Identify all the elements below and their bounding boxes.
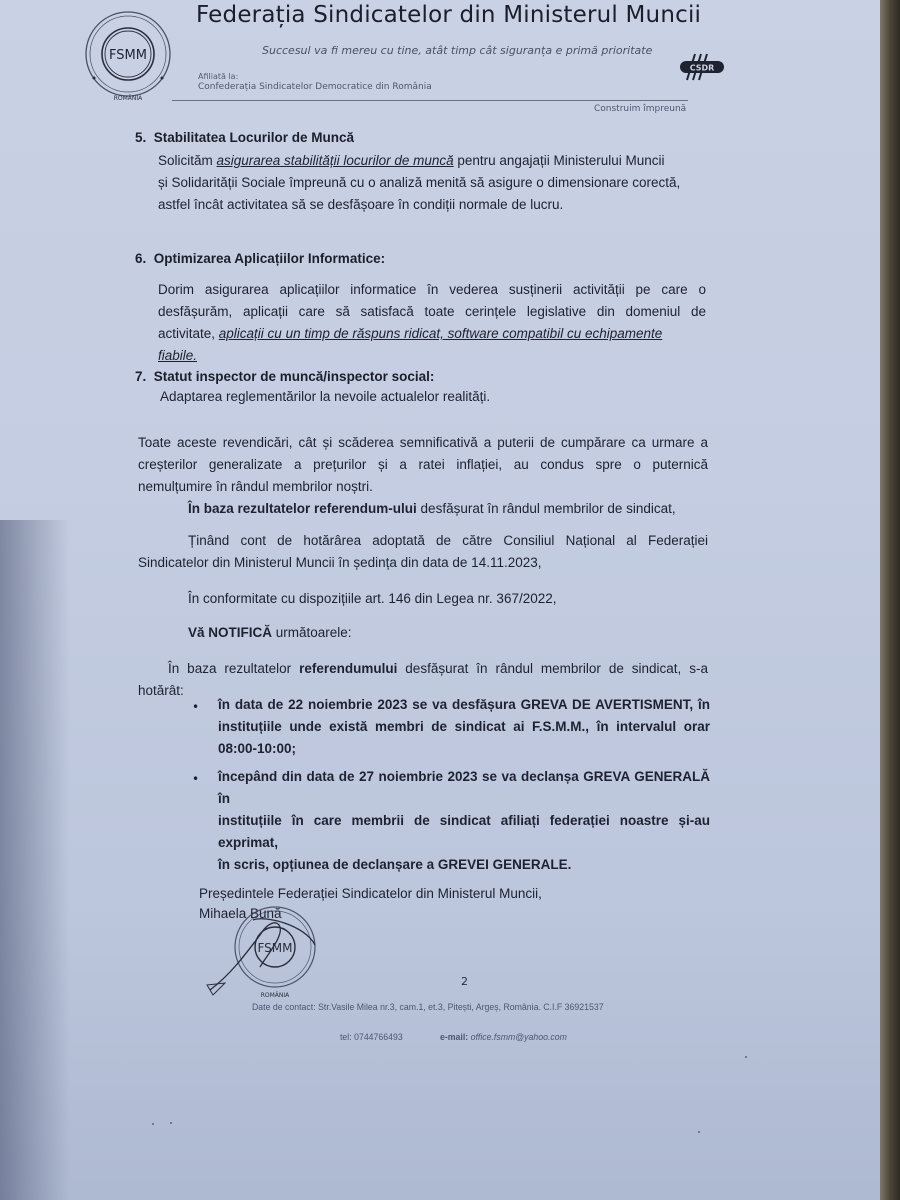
council-paragraph: Ținând cont de hotărârea adoptată de căt… (138, 530, 708, 574)
document-page: FSMM ROMÂNIA Federația Sindicatelor din … (0, 0, 880, 1200)
text-line: Dorim asigurarea aplicațiilor informatic… (158, 279, 706, 301)
section-title: Statut inspector de muncă/inspector soci… (154, 369, 435, 384)
text: pentru angajații Ministerului Muncii (454, 153, 665, 168)
organization-motto: Succesul va fi mereu cu tine, atât timp … (262, 44, 652, 57)
text-line: În baza rezultatelor referendumului desf… (138, 658, 708, 680)
law-line: În conformitate cu dispozițiile art. 146… (188, 588, 557, 610)
text-line: Solicităm asigurarea stabilității locuri… (158, 150, 706, 172)
svg-text:ROMÂNIA: ROMÂNIA (114, 95, 143, 102)
text-line: începând din data de 27 noiembrie 2023 s… (218, 766, 710, 810)
section-number: 7. (135, 369, 146, 384)
tel-value: 0744766493 (354, 1032, 403, 1043)
text-line: desfășurăm, aplicații care să satisfacă … (158, 301, 706, 323)
contact-email: e-mail: office.fsmm@yahoo.com (440, 1032, 567, 1043)
text: desfășurat în rândul membrilor de sindic… (397, 661, 708, 676)
text-line: creșterilor generalizate a prețurilor și… (138, 454, 708, 476)
text-line: și Solidarității Sociale împreună cu o a… (158, 172, 706, 194)
speck (698, 1131, 700, 1133)
notify-bold: Vă NOTIFICĂ (188, 625, 272, 640)
referendum-bold: În baza rezultatelor referendum-ului (188, 501, 417, 516)
text-line: nemulțumire în rândul membrilor noștri. (138, 476, 708, 498)
section-number: 5. (135, 130, 146, 145)
contact-address: Date de contact: Str.Vasile Milea nr.3, … (252, 1002, 604, 1013)
text-line: Toate aceste revendicări, cât și scădere… (138, 432, 708, 454)
emphasis: fiabile. (158, 348, 197, 363)
organization-title: Federația Sindicatelor din Ministerul Mu… (196, 2, 701, 28)
grievance-paragraph: Toate aceste revendicări, cât și scădere… (138, 432, 708, 498)
stamp-icon: FSMM ROMÂNIA (205, 905, 335, 1000)
text-line: astfel încât activitatea să se desfășoar… (158, 194, 706, 216)
text-line: Ținând cont de hotărârea adoptată de căt… (138, 530, 708, 552)
svg-text:ROMÂNIA: ROMÂNIA (261, 992, 290, 999)
svg-text:FSMM: FSMM (109, 48, 147, 63)
text-line: instituțiile în care membrii de sindicat… (218, 810, 710, 854)
emphasis: aplicații cu un timp de răspuns ridicat,… (219, 326, 662, 341)
email-label: e-mail: (440, 1032, 468, 1043)
svg-text:CSDR: CSDR (690, 64, 715, 73)
speck (170, 1122, 172, 1124)
tagline: Construim împreună (594, 104, 686, 114)
fsmm-logo-icon: FSMM ROMÂNIA (80, 8, 176, 104)
emphasis: referendumului (299, 661, 397, 676)
bullet-item-warning-strike: în data de 22 noiembrie 2023 se va desfă… (218, 694, 710, 760)
text-line: Adaptarea reglementărilor la nevoile act… (160, 386, 708, 408)
affiliation-label: Afiliată la: (198, 72, 238, 81)
affiliation-name: Confederația Sindicatelor Democratice di… (198, 82, 432, 92)
speck (152, 1123, 154, 1125)
text-line: în data de 22 noiembrie 2023 se va desfă… (218, 694, 710, 716)
bullet-icon: • (192, 700, 199, 714)
section-6-body: Dorim asigurarea aplicațiilor informatic… (158, 279, 706, 367)
csdr-logo-icon: CSDR (677, 50, 729, 84)
referendum-rest: desfășurat în rândul membrilor de sindic… (417, 501, 676, 516)
speck (745, 1056, 747, 1058)
section-6-heading: 6. Optimizarea Aplicațiilor Informatice: (135, 251, 385, 266)
text: Solicităm (158, 153, 217, 168)
text: În baza rezultatelor (168, 661, 299, 676)
page-number: 2 (461, 975, 468, 988)
text-line: activitate, aplicații cu un timp de răsp… (158, 323, 706, 345)
signatory-role: Președintele Federației Sindicatelor din… (199, 883, 542, 905)
background-surface (880, 0, 900, 1200)
emphasis: asigurarea stabilității locurilor de mun… (217, 153, 454, 168)
text-line: 08:00-10:00; (218, 738, 710, 760)
notify-rest: următoarele: (272, 625, 352, 640)
section-number: 6. (135, 251, 146, 266)
photo-shadow (0, 520, 70, 1200)
tel-label: tel: (340, 1032, 352, 1043)
notify-line: Vă NOTIFICĂ următoarele: (188, 622, 352, 644)
referendum-line: În baza rezultatelor referendum-ului des… (188, 498, 676, 520)
section-7-heading: 7. Statut inspector de muncă/inspector s… (135, 369, 434, 384)
section-title: Stabilitatea Locurilor de Muncă (154, 130, 354, 145)
section-title: Optimizarea Aplicațiilor Informatice: (154, 251, 385, 266)
email-value: office.fsmm@yahoo.com (471, 1032, 567, 1043)
text-line: în scris, opțiunea de declanșare a GREVE… (218, 854, 710, 876)
contact-tel: tel: 0744766493 (340, 1032, 403, 1043)
text-line: fiabile. (158, 345, 706, 367)
text-line: Sindicatelor din Ministerul Muncii în șe… (138, 552, 708, 574)
bullet-icon: • (192, 772, 199, 786)
section-5-heading: 5. Stabilitatea Locurilor de Muncă (135, 130, 354, 145)
section-5-body: Solicităm asigurarea stabilității locuri… (158, 150, 706, 216)
text-line: instituțiile unde există membri de sindi… (218, 716, 710, 738)
bullet-item-general-strike: începând din data de 27 noiembrie 2023 s… (218, 766, 710, 876)
text: activitate, (158, 326, 219, 341)
header-divider (172, 100, 688, 101)
section-7-body: Adaptarea reglementărilor la nevoile act… (160, 386, 708, 408)
